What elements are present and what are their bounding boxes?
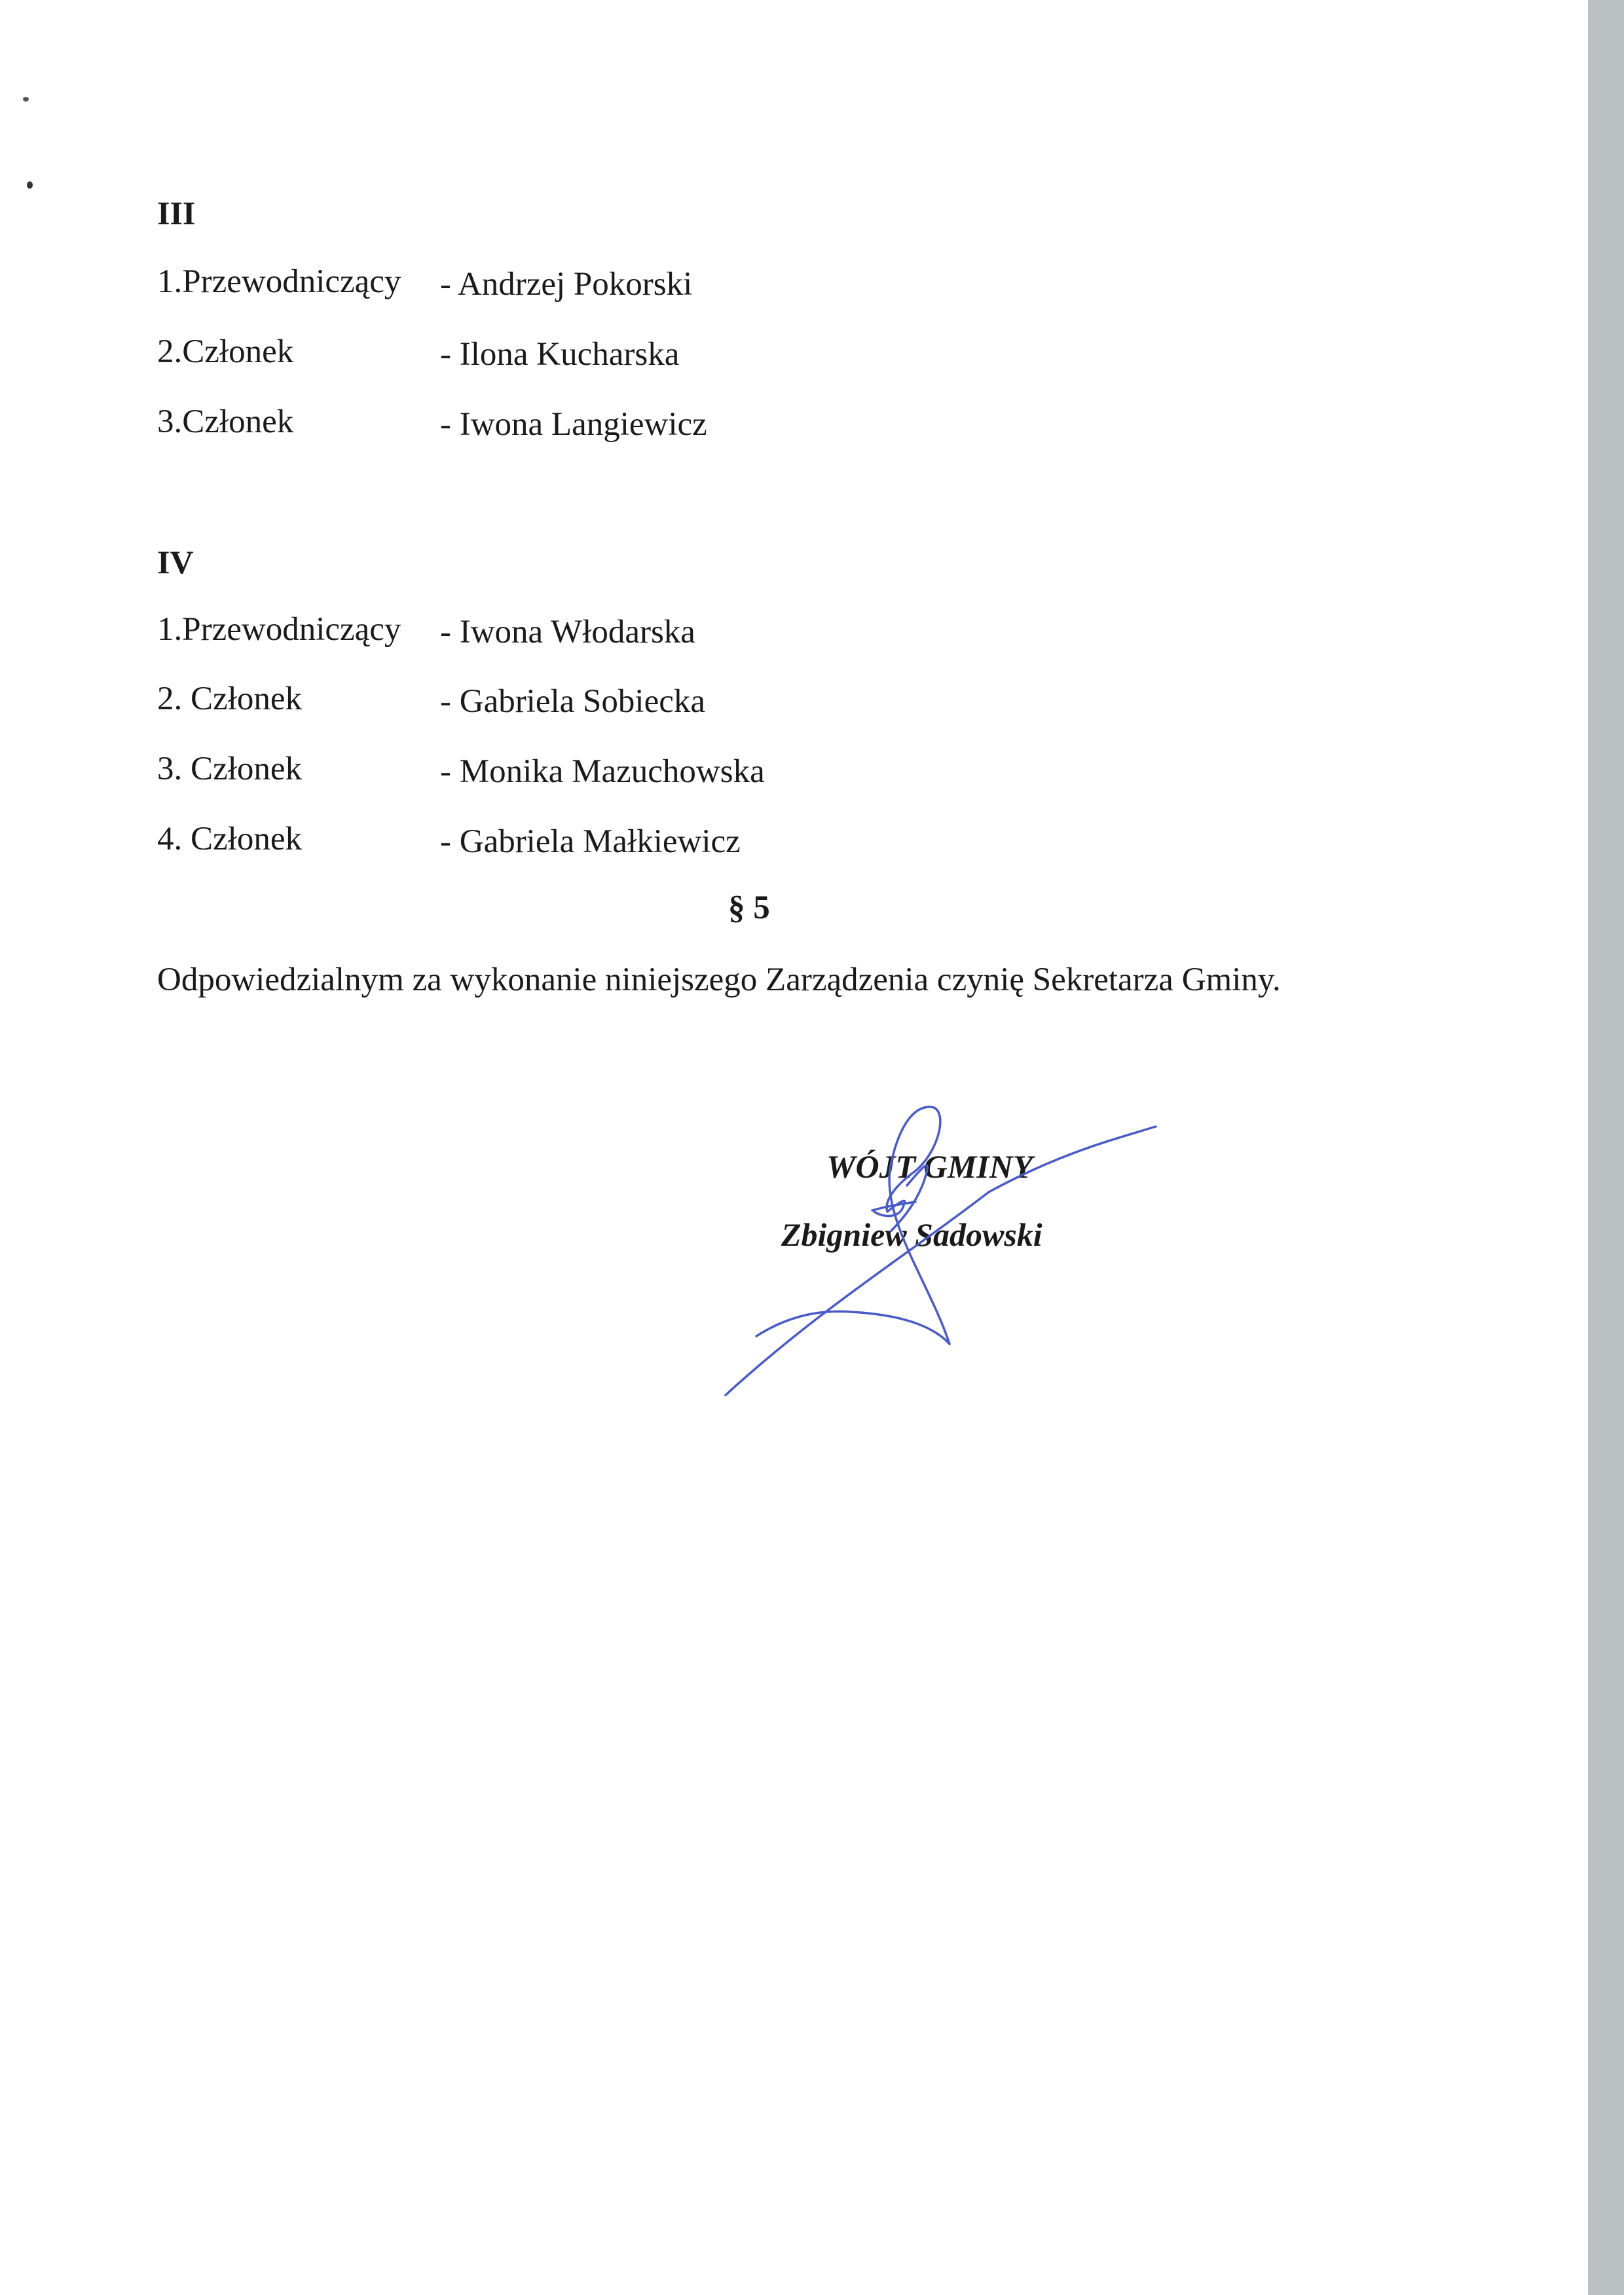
member-role: 2. Członek — [157, 682, 302, 716]
member-name: - Gabriela Małkiewicz — [440, 823, 741, 861]
paragraph-mark: § 5 — [728, 891, 770, 925]
member-name: - Gabriela Sobiecka — [440, 682, 705, 720]
member-name: - Monika Mazuchowska — [440, 753, 765, 791]
member-name: - Iwona Langiewicz — [440, 405, 707, 443]
section-heading: III — [157, 194, 195, 232]
paragraph-text: Odpowiedzialnym za wykonanie niniejszego… — [157, 956, 1399, 1003]
scan-edge-strip — [1588, 0, 1624, 2295]
member-role: 3.Członek — [157, 405, 293, 439]
member-name: - Andrzej Pokorski — [440, 265, 692, 303]
member-role: 4. Członek — [157, 823, 302, 856]
member-role: 2.Członek — [157, 335, 293, 369]
member-role: 3. Członek — [157, 753, 302, 786]
member-name: - Ilona Kucharska — [440, 335, 679, 373]
scan-speck — [23, 97, 29, 102]
member-role: 1.Przewodniczący — [157, 265, 401, 299]
section-heading: IV — [157, 543, 194, 581]
signature-title: WÓJT GMINY — [826, 1147, 1033, 1185]
scan-speck — [27, 181, 33, 189]
member-role: 1.Przewodniczący — [157, 613, 401, 646]
signature-name: Zbigniew Sadowski — [781, 1216, 1043, 1254]
member-name: - Iwona Włodarska — [440, 613, 695, 651]
